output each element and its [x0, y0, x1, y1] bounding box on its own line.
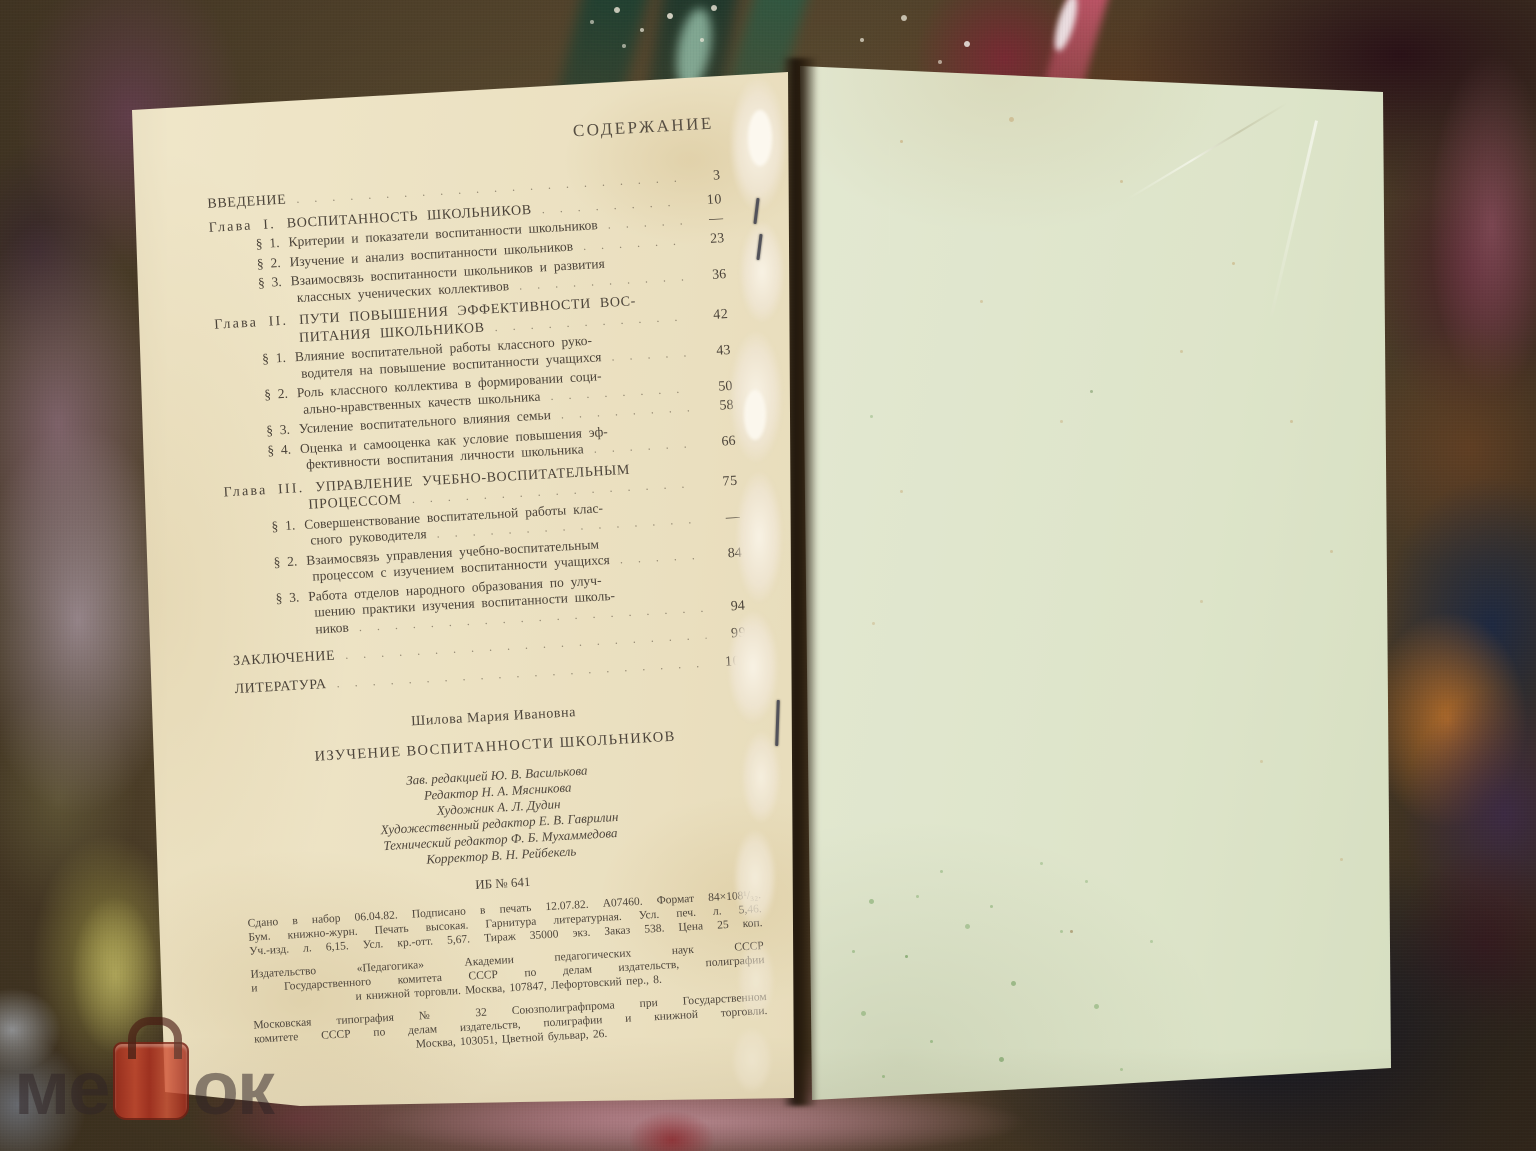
toc-list: ВВЕДЕНИЕ..............................3Г… [207, 167, 748, 698]
toc-entry-label: Глава I. [208, 217, 276, 237]
dot-leader: .............................. [619, 547, 702, 568]
toc-page-number: 3 [684, 168, 721, 186]
torn-paper-fluff [732, 1028, 772, 1092]
torn-paper-fluff [736, 472, 782, 602]
torn-paper-fluff [748, 110, 772, 166]
spine-torn-paper [726, 72, 796, 1092]
staple [775, 700, 780, 746]
toc-entry-label: § 1. [262, 350, 287, 368]
toc-page-number: — [687, 211, 724, 229]
toc-entry-text: ников [315, 619, 349, 637]
torn-paper-fluff [742, 732, 780, 822]
torn-paper-fluff [734, 830, 776, 925]
toc-entry-text: ВВЕДЕНИЕ [207, 193, 287, 214]
photo-scene: СОДЕРЖАНИЕ ВВЕДЕНИЕ.....................… [0, 0, 1536, 1151]
torn-paper-fluff [744, 390, 766, 440]
toc-entry-label: § 4. [267, 441, 292, 459]
toc-page-number: 23 [688, 231, 725, 249]
dot-leader: .............................. [607, 212, 683, 233]
watermark-text-right: ок [193, 1058, 273, 1120]
toc-entry-label: § 3. [266, 422, 291, 440]
torn-paper-fluff [738, 940, 774, 1020]
torn-paper-fluff [728, 612, 778, 722]
colophon-staff-list: Зав. редакцией Ю. В. ВасильковаРедактор … [240, 753, 759, 878]
toc-entry-label: § 2. [264, 386, 289, 404]
watermark-text-left: ме [14, 1058, 109, 1120]
toc-entry-label: § 2. [256, 254, 281, 272]
toc-page-number: 36 [690, 267, 727, 285]
watermark-bag-icon [113, 1042, 189, 1120]
toc-page-number: 42 [692, 307, 729, 325]
toc-entry-label: § 3. [258, 274, 283, 292]
watermark-logo: ме ок [14, 1042, 273, 1120]
toc-page-number: 10 [686, 192, 723, 210]
dot-leader: .............................. [583, 232, 685, 254]
colophon: Шилова Мария Ивановна ИЗУЧЕНИЕ ВОСПИТАНН… [237, 695, 769, 1060]
toc-entry-label: § 1. [255, 235, 280, 253]
toc-entry-text: ЗАКЛЮЧЕНИЕ [233, 648, 336, 670]
toc-entry-label: § 2. [273, 553, 298, 571]
toc-page-content: СОДЕРЖАНИЕ ВВЕДЕНИЕ.....................… [204, 113, 769, 1069]
toc-entry-text: ЛИТЕРАТУРА [234, 677, 327, 699]
toc-entry-label: § 1. [271, 517, 296, 535]
dot-leader: .............................. [611, 344, 691, 365]
toc-entry-label: § 3. [275, 589, 300, 607]
